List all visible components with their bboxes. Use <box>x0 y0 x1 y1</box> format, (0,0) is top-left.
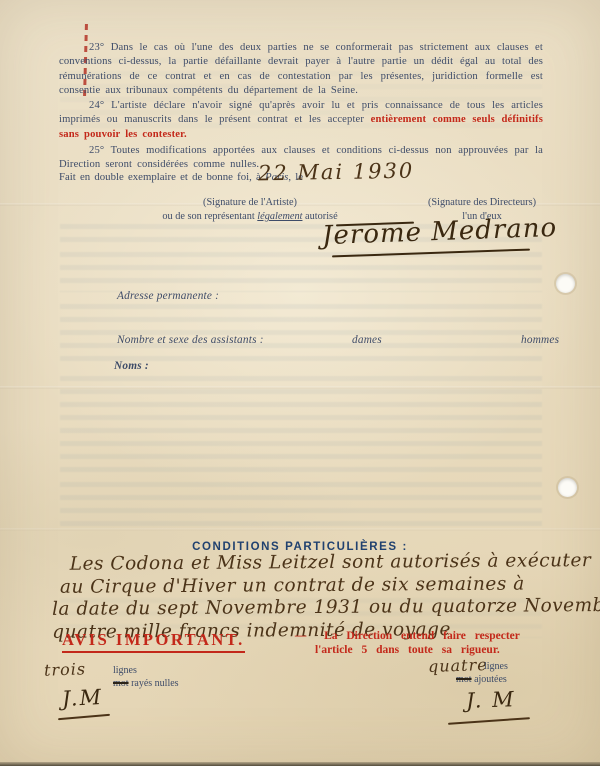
initials-left-flourish <box>58 714 110 721</box>
condition-line: Les Codona et Miss Leitzel sont autorisé… <box>52 550 582 576</box>
assistants-dames-label: dames <box>352 334 382 346</box>
assistants-hommes-label: hommes <box>521 334 559 346</box>
footer-left-struck-mot: mot <box>113 678 129 689</box>
avis-important-label: AVIS IMPORTANT. <box>62 630 245 653</box>
initials-right: J. M <box>466 687 516 713</box>
bleedthrough-text-block <box>60 376 542 472</box>
address-label: Adresse permanente : <box>117 290 219 302</box>
execution-text: Fait en double exemplaire et de bonne fo… <box>59 171 265 183</box>
punch-hole <box>556 274 575 293</box>
footer-right-struck-mot: mot <box>456 674 472 685</box>
avis-important: AVIS IMPORTANT. — La Direction entend fa… <box>62 630 562 657</box>
footer-left-count: trois <box>44 659 87 679</box>
paper-crease <box>0 528 600 531</box>
footer-right-rest: ajoutées <box>474 674 507 685</box>
footer-left-rest: rayés nulles <box>131 678 179 689</box>
avis-dash: — <box>295 630 307 642</box>
assistants-label: Nombre et sexe des assistants : <box>117 334 264 346</box>
scan-edge <box>0 762 600 766</box>
avis-line1: La Direction entend faire respecter <box>324 630 520 642</box>
artist-signature-label-line1: (Signature de l'Artiste) <box>128 196 372 210</box>
scanned-contract-page: 23° Dans le cas où l'une des deux partie… <box>0 0 600 766</box>
avis-important-text: — La Direction entend faire respecter l'… <box>245 630 562 657</box>
directors-signature-label-line1: (Signature des Directeurs) <box>392 196 572 210</box>
footer-left-printed: lignes mot rayés nulles <box>113 664 179 690</box>
initials-right-flourish <box>448 717 530 725</box>
clause-24: 24° L'artiste déclare n'avoir signé qu'a… <box>59 99 543 142</box>
artist-label-prefix: ou de son représentant <box>162 211 257 222</box>
handwritten-date: 22 Mai 1930 <box>258 159 415 186</box>
paper-crease <box>0 386 600 389</box>
footer-right-lignes: lignes <box>484 660 508 673</box>
clause-23: 23° Dans le cas où l'une des deux partie… <box>59 41 543 98</box>
bleedthrough-text-block <box>60 252 542 292</box>
footer-right-line2: mot ajoutées <box>456 673 508 686</box>
names-label: Noms : <box>114 360 149 372</box>
footer-left-lignes: lignes <box>113 664 179 677</box>
footer-right-printed: lignes mot ajoutées <box>484 660 508 686</box>
bleedthrough-text-block <box>60 482 542 534</box>
condition-line: la date du sept Novembre 1931 ou du quat… <box>52 595 582 621</box>
artist-label-legalement: légalement <box>257 211 302 222</box>
punch-hole <box>558 478 577 497</box>
footer-left-line2: mot rayés nulles <box>113 677 179 690</box>
avis-text-line2: l'article 5 dans toute sa rigueur. <box>253 644 562 658</box>
initials-left: J.M <box>61 685 103 711</box>
avis-text-line1: — La Direction entend faire respecter <box>253 630 562 644</box>
